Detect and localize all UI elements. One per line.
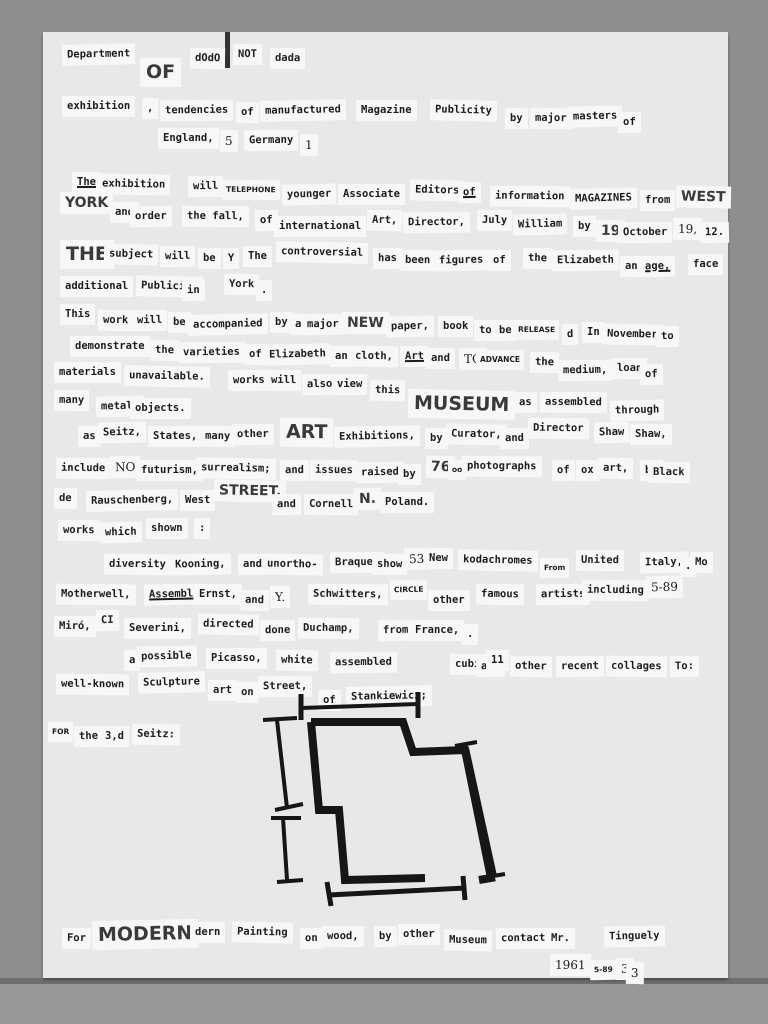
clipped-word: RELEASE (514, 320, 559, 340)
clipped-word: kodachromes (458, 549, 538, 571)
clipped-word: Shaw (594, 422, 630, 443)
clipped-word: Mr. (546, 928, 575, 949)
clipped-word: Picasso, (206, 648, 267, 669)
clipped-word: Seitz: (132, 724, 180, 745)
clipped-word: and (500, 428, 529, 449)
clipped-word: NOT (233, 44, 262, 65)
clipped-word: William (513, 213, 568, 235)
clipped-word: art (208, 680, 237, 701)
clipped-word: to (656, 326, 679, 347)
clipped-word: will (188, 176, 224, 197)
clipped-word: additional (60, 276, 133, 297)
clipped-word: as (514, 392, 537, 413)
clipped-word: N. (354, 488, 382, 511)
clipped-word: This (60, 304, 95, 325)
clipped-word: from (378, 620, 414, 641)
clipped-word: Director, (403, 212, 470, 233)
clipped-word: subject (104, 243, 159, 265)
clipped-word: and (280, 460, 309, 481)
clipped-word: order (130, 206, 172, 227)
clipped-word: 5-89 (646, 576, 683, 599)
clipped-word: well-known (56, 674, 129, 695)
clipped-word: Y (223, 248, 240, 269)
clipped-word: 11 (486, 650, 509, 671)
clipped-word: directed (198, 613, 259, 635)
clipped-word: diversity (104, 554, 171, 575)
clipped-word: WEST (676, 185, 731, 208)
clipped-word: MAGAZINES (570, 187, 637, 209)
clipped-word: Tinguely (604, 925, 665, 947)
clipped-word: assembled (330, 652, 397, 673)
clipped-word: For (62, 928, 91, 949)
clipped-word: Sculpture (138, 671, 205, 693)
clipped-word: information (490, 186, 570, 207)
clipped-word: Poland. (380, 492, 434, 513)
clipped-word: by (398, 464, 421, 485)
clipped-word: masters (568, 105, 623, 127)
clipped-word: of (618, 112, 641, 133)
clipped-word: by (425, 428, 448, 449)
clipped-word: TELEPHONE (222, 180, 280, 200)
clipped-word: Assembl (144, 583, 199, 605)
clipped-word: Publicity (430, 99, 497, 121)
clipped-word: 12. (700, 222, 729, 243)
clipped-word: dada (270, 48, 306, 69)
clipped-word: by (573, 216, 596, 237)
clipped-word: To: (670, 656, 699, 677)
clipped-word: many (200, 426, 236, 447)
clipped-word: Curator, (446, 423, 507, 445)
clipped-word: will (160, 246, 196, 267)
clipped-word: assembled (540, 392, 607, 413)
clipped-word: show (372, 554, 408, 575)
clipped-word: Exhibitions, (334, 425, 420, 447)
clipped-word: wood, (322, 926, 364, 947)
clipped-word: MUSEUM (408, 389, 516, 420)
clipped-word: contact (496, 928, 550, 949)
clipped-word: the fall, (182, 206, 249, 227)
clipped-word: de (54, 488, 77, 509)
clipped-word: exhibition (62, 96, 135, 117)
clipped-word: work (98, 310, 134, 331)
clipped-word: CIRCLE (390, 580, 428, 600)
clipped-word: book (438, 316, 473, 337)
clipped-word: other (232, 424, 274, 445)
clipped-word: New (424, 548, 453, 569)
clipped-word: France, (410, 620, 464, 641)
clipped-word: October (618, 222, 672, 243)
clipped-word: Magazine (356, 100, 417, 121)
clipped-word: Art (400, 346, 429, 367)
clipped-word: by (374, 926, 397, 947)
clipped-word: tendencies (160, 100, 233, 121)
clipped-word: international (274, 216, 366, 237)
clipped-word: 19, (673, 218, 702, 240)
clipped-word: Rauschenberg, (86, 489, 179, 511)
clipped-word: age, (640, 256, 676, 277)
clipped-word: England, (158, 128, 219, 149)
clipped-word: major (302, 314, 344, 335)
clipped-word: November (602, 323, 663, 345)
clipped-word: has (373, 248, 402, 269)
clipped-word: many (54, 390, 90, 411)
clipped-word: dern (190, 922, 225, 943)
clipped-word: Black (648, 462, 690, 483)
clipped-word: , (142, 98, 159, 119)
clipped-word: Duchamp, (298, 618, 359, 639)
clipped-word: West (180, 490, 215, 511)
clipped-word: Art, (367, 210, 403, 231)
clipped-word: including (582, 580, 649, 601)
clipped-word: collages (606, 656, 667, 677)
clipped-word: from (640, 190, 675, 211)
clipped-word: this (370, 380, 406, 401)
clipped-word: issues (310, 460, 358, 481)
clipped-word: medium, (558, 360, 612, 381)
clipped-word: : (194, 518, 211, 539)
clipped-word: and (272, 494, 301, 515)
clipped-word: States, (148, 426, 202, 447)
clipped-word: surrealism; (196, 457, 276, 479)
clipped-word: futurism, (136, 460, 203, 481)
clipped-word: Mo (690, 552, 713, 573)
clipped-word: in (182, 280, 205, 301)
clipped-word: The (243, 246, 272, 267)
clipped-word: ART (280, 418, 334, 448)
clipped-word: shown (146, 518, 188, 539)
clipped-word: Germany (244, 130, 298, 151)
clipped-word: of (488, 250, 511, 271)
clipped-word: CI (96, 610, 119, 631)
clipped-word: younger (282, 183, 337, 205)
clipped-word: accompanied (188, 313, 268, 335)
clipped-word: Elizabeth (552, 250, 619, 271)
clipped-word: 1961 (550, 954, 591, 976)
clipped-word: Elizabeth (264, 343, 331, 365)
clipped-word: through (610, 399, 665, 421)
clipped-word: major (530, 108, 572, 129)
clipped-word: OF (140, 58, 181, 87)
clipped-word: view (332, 374, 367, 395)
clipped-word: d (562, 324, 579, 345)
clipped-word: Associate (338, 184, 405, 205)
clipped-word: Motherwell, (56, 584, 136, 605)
clipped-word: other (428, 590, 470, 611)
clipped-word: the (74, 726, 103, 747)
clipped-word: objects. (130, 398, 191, 419)
clipped-word: ADVANCE (476, 350, 524, 370)
clipped-word: and (426, 348, 455, 369)
clipped-word: MODERN (92, 919, 199, 950)
clipped-word: photographs (462, 456, 542, 477)
clipped-word: . (462, 624, 479, 645)
clipped-word: NEW (342, 312, 389, 334)
clipped-word: materials (54, 362, 121, 383)
clipped-word: of (458, 182, 481, 203)
clipped-word: which (100, 522, 142, 543)
clipped-word: white (276, 650, 318, 671)
clipped-word: will (132, 310, 168, 331)
clipped-word: 3 (626, 962, 644, 984)
sheet-seam (225, 32, 230, 68)
clipped-word: Schwitters, (308, 584, 388, 605)
clipped-word: Kooning, (170, 553, 231, 575)
clipped-word: Severini, (124, 618, 191, 639)
clipped-word: 3,d (100, 726, 129, 747)
clipped-word: include (56, 458, 110, 479)
clipped-word: art, (598, 458, 634, 479)
clipped-word: by (505, 108, 528, 129)
clipped-word: Department (62, 43, 136, 65)
clipped-word: Seitz, (98, 422, 146, 443)
clipped-word: famous (476, 584, 524, 605)
clipped-word: Museum (444, 930, 492, 951)
clipped-word: the (150, 340, 179, 361)
clipped-word: works (58, 520, 100, 541)
clipped-word: of (552, 460, 575, 481)
clipped-word: done (260, 620, 296, 641)
clipped-word: controversial (276, 241, 369, 263)
clipped-word: Ernst, (194, 584, 242, 605)
clipped-word: United (576, 550, 624, 571)
clipped-word: demonstrate (70, 336, 150, 357)
clipped-word: YORK (60, 192, 113, 214)
clipped-word: ox (576, 460, 599, 481)
clipped-word: Director (528, 418, 589, 439)
clipped-word: will (266, 370, 302, 391)
clipped-word: been (400, 250, 436, 271)
clipped-word: face (688, 254, 723, 275)
clipped-word: be (198, 248, 221, 269)
clipped-word: on (300, 928, 323, 949)
clipped-word: recent (556, 656, 604, 677)
clipped-word: FOR (48, 722, 73, 742)
table-surface (0, 978, 768, 1024)
clipped-word: Painting (232, 921, 293, 943)
clipped-word: July (477, 210, 513, 231)
clipped-word: and (240, 590, 269, 611)
clipped-word: 5 (220, 130, 238, 152)
clipped-word: of (640, 364, 663, 385)
clipped-word: works (228, 370, 270, 391)
clipped-word: manufactured (260, 99, 346, 121)
clipped-word: Miró, (54, 616, 96, 637)
clipped-word: From (540, 558, 570, 578)
clipped-word: Cornell (304, 494, 358, 515)
clipped-word: . (256, 280, 273, 301)
clipped-word: other (510, 656, 552, 677)
clipped-word: the (523, 248, 552, 269)
floor-plan-drawing (255, 690, 515, 910)
clipped-word: paper, (386, 316, 434, 337)
clipped-word: unortho- (262, 553, 323, 575)
clipped-word: 5-89 (590, 960, 617, 980)
clipped-word: cloth, (350, 346, 398, 367)
clipped-word: Shaw, (630, 424, 672, 445)
clipped-word: other (398, 924, 440, 945)
clipped-word: dOdO (190, 48, 226, 69)
clipped-word: the (530, 352, 559, 373)
clipped-word: figures (434, 249, 489, 271)
clipped-word: Editors (410, 179, 465, 201)
clipped-word: raised (356, 462, 404, 483)
clipped-word: varieties (178, 342, 245, 363)
clipped-word: unavailable. (124, 365, 210, 387)
clipped-word: Y. (270, 586, 290, 608)
clipped-word: 1 (300, 134, 318, 156)
clipped-word: of (236, 102, 259, 123)
clipped-word: York (224, 274, 260, 295)
clipped-word: possible (136, 645, 197, 667)
